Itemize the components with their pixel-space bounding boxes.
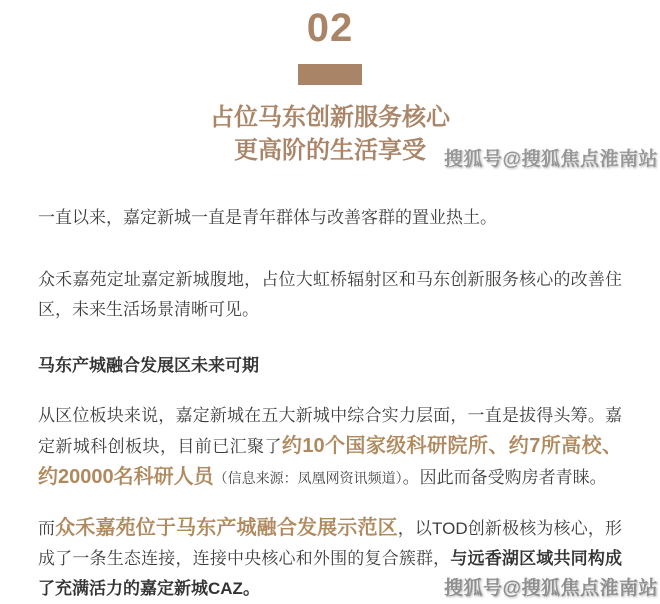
section-divider-bar <box>298 64 362 85</box>
paragraph-research: 从区位板块来说，嘉定新城在五大新城中综合实力层面，一直是拔得头筹。嘉定新城科创板… <box>38 401 622 493</box>
section-number: 02 <box>0 0 660 48</box>
paragraph-intro: 一直以来，嘉定新城一直是青年群体与改善客群的置业热土。 <box>38 203 622 233</box>
paragraph-location: 众禾嘉苑定址嘉定新城腹地，占位大虹桥辐射区和马东创新服务核心的改善住区，未来生活… <box>38 265 622 325</box>
heading-line-1: 占位马东创新服务核心 <box>0 101 660 134</box>
p4-lead-text: 而 <box>38 519 55 538</box>
sohu-watermark-bottom: 搜狐号@搜狐焦点淮南站 <box>444 573 658 600</box>
sohu-watermark-top: 搜狐号@搜狐焦点淮南站 <box>444 144 658 171</box>
p3-source-note: （信息来源：凤凰网资讯频道） <box>214 470 403 486</box>
p4-highlight-text: 众禾嘉苑位于马东产城融合发展示范区 <box>55 517 398 539</box>
p3-tail-text: 。因此而备受购房者青睐。 <box>403 468 607 487</box>
article-body: 一直以来，嘉定新城一直是青年群体与改善客群的置业热土。 众禾嘉苑定址嘉定新城腹地… <box>0 203 660 604</box>
section-subheading: 马东产城融合发展区未来可期 <box>38 351 622 381</box>
article-page: 02 占位马东创新服务核心 更高阶的生活享受 搜狐号@搜狐焦点淮南站 一直以来，… <box>0 0 660 604</box>
